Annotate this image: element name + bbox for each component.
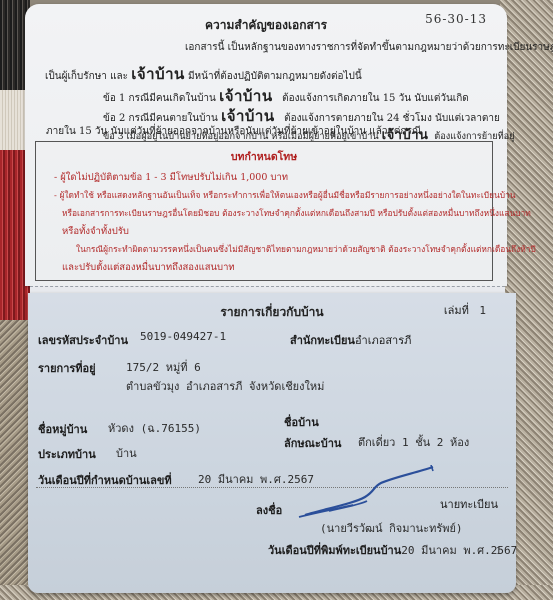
rule-3-continuation: ภายใน 15 วัน นับแต่วันที่ย้ายออกจากบ้านห… [46,124,421,139]
dotted-separator [36,487,508,488]
penalty-title: บทกำหนดโทษ [36,148,492,165]
house-owner-term: เจ้าบ้าน [131,65,185,83]
penalty-line: ในกรณีผู้กระทำผิดตามวรรคหนึ่งเป็นคนซึ่งไ… [76,242,536,256]
penalty-line: และปรับตั้งแต่สองหมื่นบาทถึงสองแสนบาท [62,260,235,275]
house-name-label: ชื่อบ้าน [284,413,319,431]
intro-line-2: เป็นผู้เก็บรักษา และ เจ้าบ้าน มีหน้าที่ต… [45,62,362,86]
house-type-label: ประเภทบ้าน [38,445,96,463]
house-style-label: ลักษณะบ้าน [284,434,341,452]
penalty-line: หรือทั้งจำทั้งปรับ [62,224,129,239]
house-details-section: รายการเกี่ยวกับบ้าน เล่มที่ 1 เลขรหัสประ… [28,293,516,593]
registrar-title: นายทะเบียน [440,495,498,513]
section-title: ความสำคัญของเอกสาร [25,16,507,35]
house-style-value: ตึกเดี่ยว 1 ชั้น 2 ห้อง [358,433,469,451]
house-type-value: บ้าน [116,444,137,462]
address-label: รายการที่อยู่ [38,359,96,377]
village-name-label: ชื่อหมู่บ้าน [38,420,87,438]
penalty-box: ภายใน 15 วัน นับแต่วันที่ย้ายออกจากบ้านห… [35,141,493,281]
penalty-line: - ผู้ใดไม่ปฏิบัติตามข้อ 1 - 3 มีโทษปรับไ… [54,170,288,185]
registrar-office-label: สำนักทะเบียนอำเภอสารภี [290,331,411,349]
address-line-1: 175/2 หมู่ที่ 6 [126,358,201,376]
print-date-label: วันเดือนปีที่พิมพ์ทะเบียนบ้าน20 มีนาคม พ… [268,541,517,559]
house-id-label: เลขรหัสประจำบ้าน [38,331,128,349]
signature-label: ลงชื่อ [256,501,282,519]
volume-number: เล่มที่ 1 [444,301,486,319]
house-details-title: รายการเกี่ยวกับบ้าน [28,303,516,322]
signature-scribble [285,465,435,525]
registrar-office-value: อำเภอสารภี [355,334,411,347]
document-importance-section: 56-30-13 ความสำคัญของเอกสาร เอกสารนี้ เป… [25,4,507,286]
page-number: 1 [496,546,502,557]
house-id-value: 5019-049427-1 [140,330,226,343]
penalty-line: หรือเอกสารการทะเบียนราษฎรอื่นโดยมิชอบ ต้… [62,206,531,220]
penalty-line: - ผู้ใดทำใช้ หรือแสดงหลักฐานอันเป็นเท็จ … [54,188,515,202]
intro-line-1: เอกสารนี้ เป็นหลักฐานของทางราชการที่จัดท… [185,40,553,55]
address-line-2: ตำบลขัวมุง อำเภอสารภี จังหวัดเชียงใหม่ [126,377,324,395]
village-name-value: หัวดง (ฉ.76155) [108,419,201,437]
